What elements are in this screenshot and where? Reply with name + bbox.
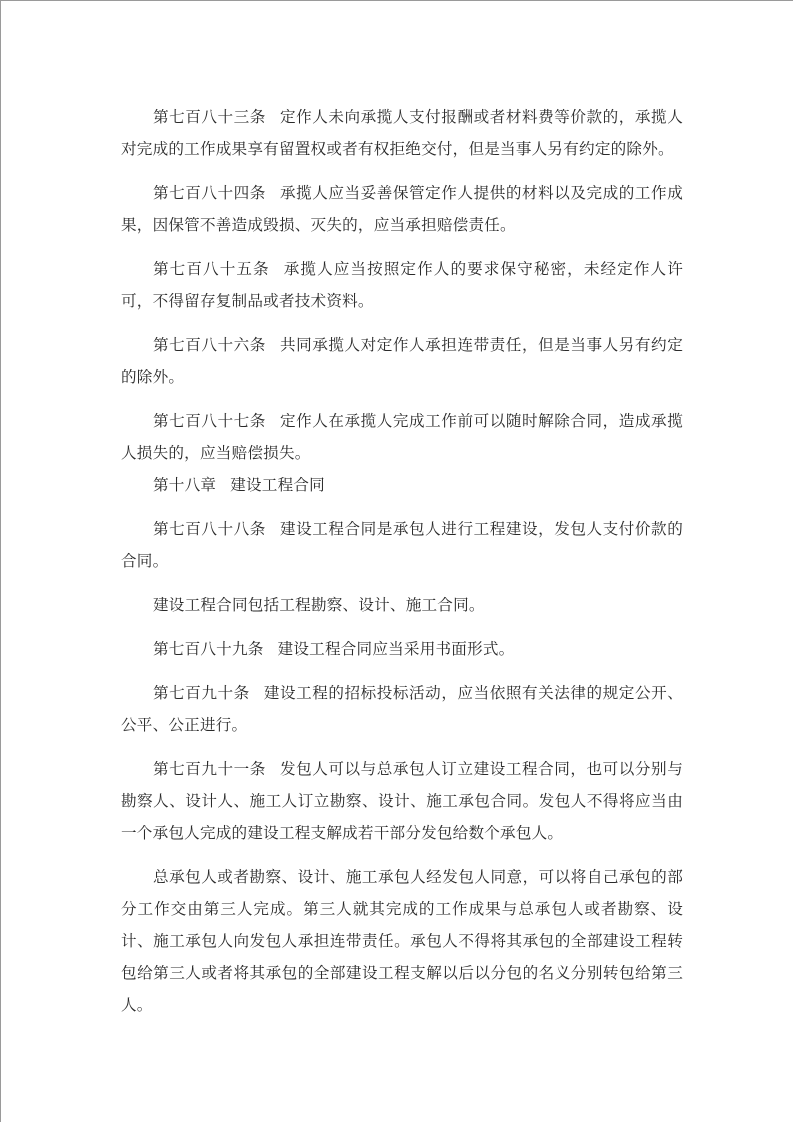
article-791-clause-2: 总承包人或者勘察、设计、施工承包人经发包人同意，可以将自己承包的部分工作交由第三… — [121, 861, 683, 1021]
article-number: 第七百八十四条 — [153, 184, 266, 202]
article-number: 第七百八十六条 — [153, 336, 266, 354]
chapter-heading: 第十八章建设工程合同 — [121, 469, 683, 501]
article-number: 第七百八十七条 — [153, 412, 266, 430]
article-788: 第七百八十八条建设工程合同是承包人进行工程建设，发包人支付价款的合同。 — [121, 513, 683, 577]
article-number: 第七百九十一条 — [153, 760, 266, 778]
article-number: 第七百八十三条 — [153, 108, 266, 126]
chapter-title: 建设工程合同 — [230, 476, 325, 494]
article-783: 第七百八十三条定作人未向承揽人支付报酬或者材料费等价款的，承揽人对完成的工作成果… — [121, 101, 683, 165]
article-790: 第七百九十条建设工程的招标投标活动，应当依照有关法律的规定公开、公平、公正进行。 — [121, 677, 683, 741]
document-body: 第七百八十三条定作人未向承揽人支付报酬或者材料费等价款的，承揽人对完成的工作成果… — [121, 101, 683, 1021]
document-page: 第七百八十三条定作人未向承揽人支付报酬或者材料费等价款的，承揽人对完成的工作成果… — [0, 0, 793, 1122]
article-786: 第七百八十六条共同承揽人对定作人承担连带责任，但是当事人另有约定的除外。 — [121, 329, 683, 393]
article-text: 总承包人或者勘察、设计、施工承包人经发包人同意，可以将自己承包的部分工作交由第三… — [121, 868, 683, 1014]
article-788-clause-2: 建设工程合同包括工程勘察、设计、施工合同。 — [121, 589, 683, 621]
chapter-number: 第十八章 — [153, 476, 216, 494]
article-789: 第七百八十九条建设工程合同应当采用书面形式。 — [121, 633, 683, 665]
article-785: 第七百八十五条承揽人应当按照定作人的要求保守秘密，未经定作人许可，不得留存复制品… — [121, 253, 683, 317]
article-number: 第七百九十条 — [153, 684, 250, 702]
article-787: 第七百八十七条定作人在承揽人完成工作前可以随时解除合同，造成承揽人损失的，应当赔… — [121, 405, 683, 469]
article-text: 建设工程合同包括工程勘察、设计、施工合同。 — [153, 596, 485, 614]
article-784: 第七百八十四条承揽人应当妥善保管定作人提供的材料以及完成的工作成果，因保管不善造… — [121, 177, 683, 241]
article-number: 第七百八十五条 — [153, 260, 270, 278]
article-791: 第七百九十一条发包人可以与总承包人订立建设工程合同，也可以分别与勘察人、设计人、… — [121, 753, 683, 849]
article-number: 第七百八十八条 — [153, 520, 266, 538]
article-number: 第七百八十九条 — [153, 640, 264, 658]
article-text: 建设工程合同应当采用书面形式。 — [278, 640, 515, 658]
